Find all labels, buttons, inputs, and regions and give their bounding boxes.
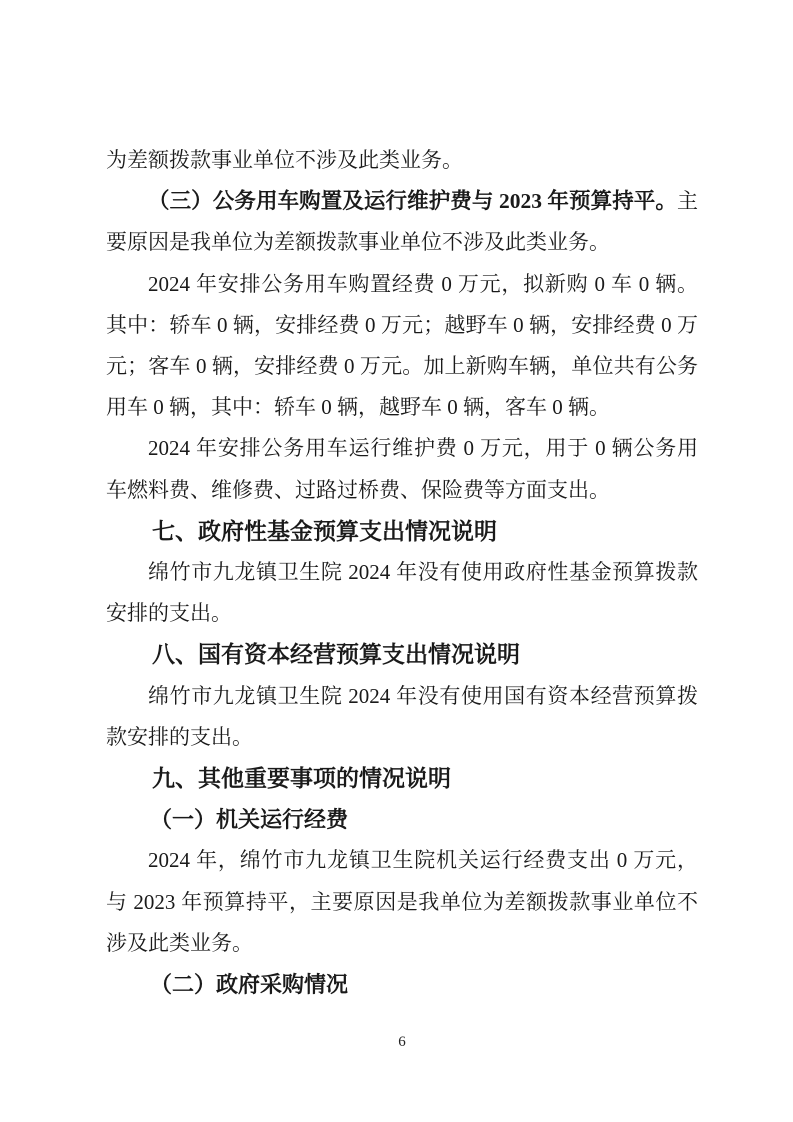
heading-section-9-2-procurement: （二）政府采购情况 (106, 964, 698, 1005)
paragraph-vehicle-purchase-detail: 2024 年安排公务用车购置经费 0 万元，拟新购 0 车 0 辆。其中：轿车 … (106, 264, 698, 429)
heading-section-7-gov-fund-budget: 七、政府性基金预算支出情况说明 (106, 511, 698, 552)
heading-section-3-vehicle-fees-lead: （三）公务用车购置及运行维护费与 2023 年预算持平。 (148, 189, 677, 213)
heading-section-9-other-matters: 九、其他重要事项的情况说明 (106, 758, 698, 799)
document-content: 为差额拨款事业单位不涉及此类业务。 （三）公务用车购置及运行维护费与 2023 … (106, 140, 698, 1005)
paragraph-operating-expenses-detail: 2024 年，绵竹市九龙镇卫生院机关运行经费支出 0 万元，与 2023 年预算… (106, 840, 698, 964)
paragraph-state-capital-budget-note: 绵竹市九龙镇卫生院 2024 年没有使用国有资本经营预算拨款安排的支出。 (106, 676, 698, 758)
paragraph-continuation-business-note: 为差额拨款事业单位不涉及此类业务。 (106, 140, 698, 181)
heading-section-8-state-capital-budget: 八、国有资本经营预算支出情况说明 (106, 634, 698, 675)
paragraph-gov-fund-budget-note: 绵竹市九龙镇卫生院 2024 年没有使用政府性基金预算拨款安排的支出。 (106, 552, 698, 634)
paragraph-vehicle-maintenance-detail: 2024 年安排公务用车运行维护费 0 万元，用于 0 辆公务用车燃料费、维修费… (106, 428, 698, 510)
paragraph-section-3-vehicle-fees: （三）公务用车购置及运行维护费与 2023 年预算持平。主要原因是我单位为差额拨… (106, 181, 698, 263)
document-page: 为差额拨款事业单位不涉及此类业务。 （三）公务用车购置及运行维护费与 2023 … (0, 0, 793, 1122)
page-number: 6 (398, 1034, 406, 1050)
page-footer: 6 (106, 1032, 698, 1052)
heading-section-9-1-operating-expenses: （一）机关运行经费 (106, 799, 698, 840)
